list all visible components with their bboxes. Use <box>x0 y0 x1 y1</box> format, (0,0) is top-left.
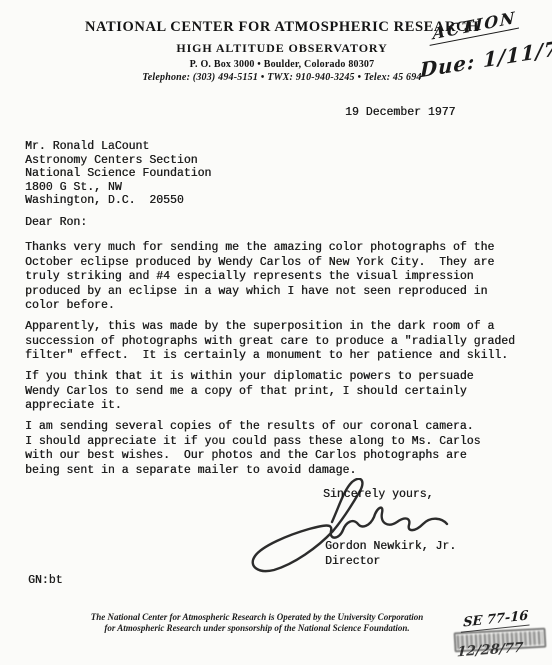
signature-scrawl <box>246 478 450 574</box>
salutation: Dear Ron: <box>25 216 87 229</box>
body-paragraph-4: I am sending several copies of the resul… <box>25 420 480 478</box>
letter-page: NATIONAL CENTER FOR ATMOSPHERIC RESEARCH… <box>0 0 552 665</box>
recipient-address: Mr. Ronald LaCount Astronomy Centers Sec… <box>25 140 211 208</box>
footer-line-2: for Atmospheric Research under sponsorsh… <box>0 623 533 634</box>
footer-line-1: The National Center for Atmospheric Rese… <box>0 612 533 623</box>
letter-date: 19 December 1977 <box>345 106 455 119</box>
body-paragraph-1: Thanks very much for sending me the amaz… <box>25 241 494 314</box>
body-paragraph-2: Apparently, this was made by the superpo… <box>25 320 515 364</box>
footer-imprint: The National Center for Atmospheric Rese… <box>0 612 533 633</box>
handwritten-received-date: 12/28/77 <box>457 640 524 661</box>
body-paragraph-3: If you think that it is within your dipl… <box>25 370 474 414</box>
reference-initials: GN:bt <box>28 574 63 587</box>
